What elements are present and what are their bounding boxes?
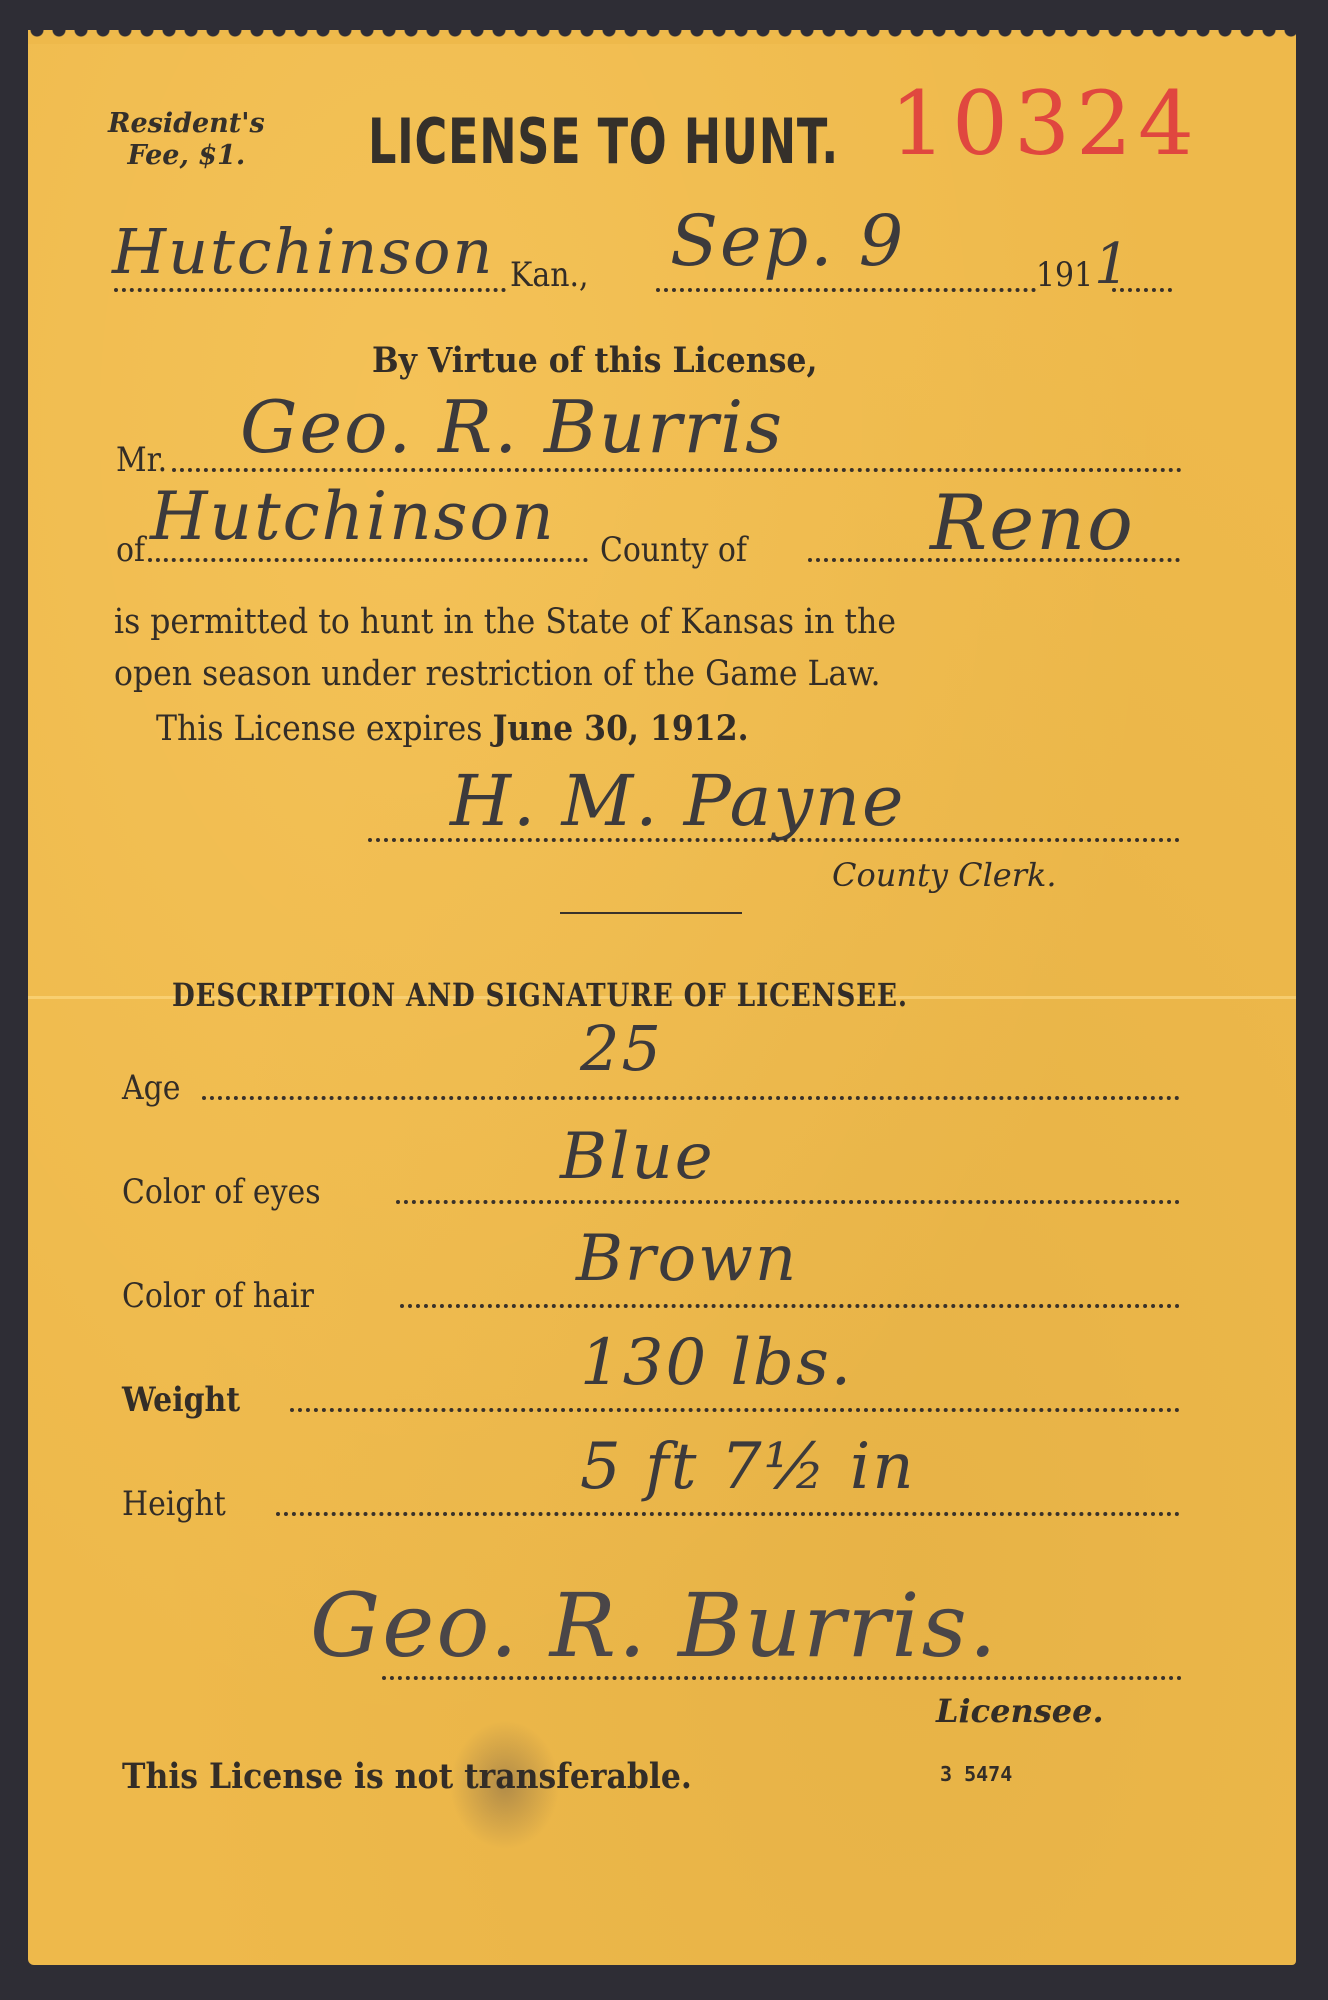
- height-label: Height: [122, 1484, 226, 1524]
- fee-line-1: Resident's: [108, 108, 265, 140]
- state-label: Kan.,: [510, 255, 588, 295]
- height-value: 5 ft 7½ in: [580, 1430, 916, 1504]
- fee-line-2: Fee, $1.: [108, 140, 265, 172]
- not-transferable-notice: This License is not transferable.: [122, 1756, 692, 1797]
- license-title: LICENSE TO HUNT.: [368, 105, 839, 178]
- handwritten-date: Sep. 9: [670, 200, 905, 282]
- handwritten-county: Reno: [930, 478, 1135, 567]
- age-label: Age: [122, 1068, 180, 1108]
- expiry-text: This License expires June 30, 1912.: [156, 708, 749, 749]
- clerk-signature-line: [368, 838, 1180, 842]
- date-dotted-line: [656, 288, 1036, 292]
- weight-label: Weight: [122, 1380, 240, 1420]
- handwritten-residence-city: Hutchinson: [150, 478, 556, 555]
- weight-value: 130 lbs.: [580, 1326, 853, 1400]
- county-label: County of: [600, 530, 747, 570]
- hair-color-label: Color of hair: [122, 1276, 314, 1316]
- eye-color-dotted-line: [396, 1200, 1180, 1204]
- city-dotted-line: [114, 288, 506, 292]
- name-dotted-line: [172, 468, 1182, 472]
- county-dotted-line: [808, 558, 1180, 562]
- licensee-signature: Geo. R. Burris.: [310, 1574, 999, 1677]
- eye-color-label: Color of eyes: [122, 1172, 321, 1212]
- eye-color-value: Blue: [560, 1120, 715, 1194]
- perforated-top-edge: [28, 30, 1296, 44]
- age-value: 25: [580, 1012, 663, 1085]
- of-label: of: [116, 530, 145, 570]
- serial-number: 10324: [890, 72, 1200, 175]
- licensee-signature-line: [382, 1676, 1182, 1680]
- age-dotted-line: [202, 1096, 1180, 1100]
- permit-text-line-2: open season under restriction of the Gam…: [114, 654, 880, 694]
- handwritten-licensee-name: Geo. R. Burris: [240, 385, 784, 469]
- description-heading: DESCRIPTION AND SIGNATURE OF LICENSEE.: [172, 976, 908, 1014]
- weight-dotted-line: [290, 1408, 1180, 1412]
- form-number: 3 5474: [940, 1762, 1012, 1786]
- by-virtue-text: By Virtue of this License,: [372, 340, 817, 381]
- expiry-date: June 30, 1912.: [492, 708, 748, 749]
- year-dotted-line: [1112, 288, 1172, 292]
- clerk-signature: H. M. Payne: [450, 760, 905, 842]
- licensee-title: Licensee.: [936, 1692, 1104, 1730]
- height-dotted-line: [276, 1512, 1180, 1516]
- permit-text-line-1: is permitted to hunt in the State of Kan…: [114, 602, 896, 642]
- expiry-prefix: This License expires: [156, 709, 492, 749]
- handwritten-city: Hutchinson: [112, 215, 494, 288]
- mr-label: Mr.: [116, 440, 167, 480]
- hair-color-value: Brown: [576, 1222, 798, 1296]
- residence-dotted-line: [148, 558, 588, 562]
- year-printed: 191: [1036, 255, 1093, 295]
- clerk-title: County Clerk.: [832, 856, 1057, 894]
- hair-color-dotted-line: [400, 1304, 1180, 1308]
- section-divider: [560, 912, 742, 914]
- resident-fee: Resident's Fee, $1.: [108, 108, 265, 172]
